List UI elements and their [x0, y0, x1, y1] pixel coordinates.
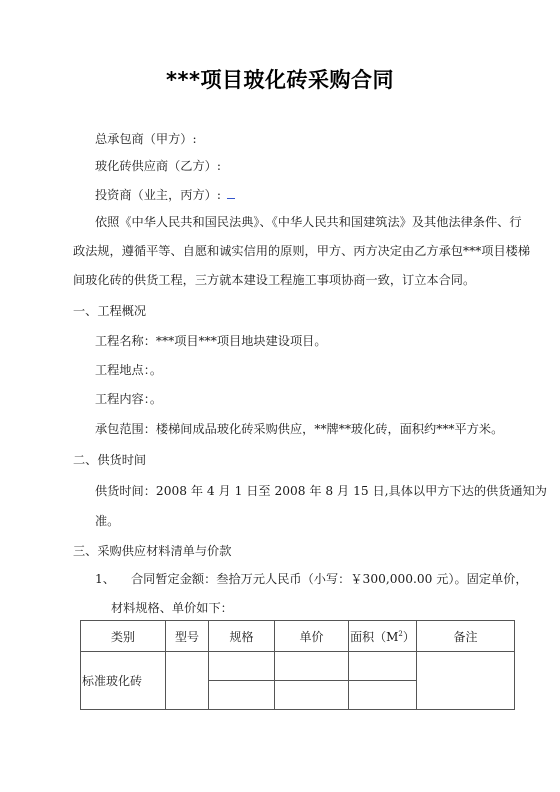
materials-table: 类别 型号 规格 单价 面积（M2） 备注 标准玻化砖	[80, 620, 515, 710]
header-area-label: 面积（M	[350, 630, 398, 644]
section-1-heading: 一、工程概况	[73, 303, 146, 319]
table-row: 标准玻化砖	[81, 652, 515, 681]
cell-area-2	[349, 681, 417, 710]
project-content: 工程内容：。	[95, 391, 162, 407]
cell-price-2	[275, 681, 349, 710]
section-3-heading: 三、采购供应材料清单与价款	[73, 543, 231, 559]
document-title: ***项目玻化砖采购合同	[0, 64, 560, 94]
party-c-row: 投资商（业主，丙方）:	[95, 187, 235, 203]
header-area-close: ）	[403, 630, 415, 644]
cell-category: 标准玻化砖	[81, 652, 166, 710]
header-note: 备注	[417, 621, 515, 652]
party-c-label: 投资商（业主，丙方）:	[95, 188, 221, 202]
cell-spec-2	[209, 681, 275, 710]
supply-time-line-2: 准。	[95, 513, 119, 529]
party-a-label: 总承包商（甲方）:	[95, 131, 197, 147]
item-1-number: 1、	[95, 571, 115, 587]
cell-price-1	[275, 652, 349, 681]
header-price: 单价	[275, 621, 349, 652]
item-1-text: 合同暂定金额：叁拾万元人民币（小写：￥300,000.00 元）。固定单价，	[131, 571, 528, 587]
intro-line-2: 政法规，遵循平等、自愿和诚实信用的原则，甲方、丙方决定由乙方承包***项目楼梯	[73, 243, 530, 259]
item-1-continued: 材料规格、单价如下：	[111, 600, 233, 616]
project-name: 工程名称：***项目***项目地块建设项目。	[95, 333, 327, 349]
project-location: 工程地点：。	[95, 362, 162, 378]
cell-spec-1	[209, 652, 275, 681]
cell-model	[166, 652, 209, 710]
document-page: ***项目玻化砖采购合同 总承包商（甲方）: 玻化砖供应商（乙方）: 投资商（业…	[0, 0, 560, 792]
party-b-label: 玻化砖供应商（乙方）:	[95, 158, 221, 174]
header-model: 型号	[166, 621, 209, 652]
header-category: 类别	[81, 621, 166, 652]
party-c-link[interactable]	[227, 187, 235, 199]
table-header-row: 类别 型号 规格 单价 面积（M2） 备注	[81, 621, 515, 652]
cell-note	[417, 652, 515, 710]
header-spec: 规格	[209, 621, 275, 652]
supply-time-line-1: 供货时间：2008 年 4 月 1 日至 2008 年 8 月 15 日,具体以…	[95, 483, 547, 499]
section-2-heading: 二、供货时间	[73, 452, 146, 468]
intro-line-1: 依照《中华人民共和国民法典》、《中华人民共和国建筑法》及其他法律条件、行	[95, 214, 522, 230]
intro-line-3: 间玻化砖的供货工程，三方就本建设工程施工事项协商一致，订立本合同。	[73, 272, 475, 288]
header-area: 面积（M2）	[349, 621, 417, 652]
project-scope: 承包范围：楼梯间成品玻化砖采购供应，**牌**玻化砖，面积约***平方米。	[95, 421, 503, 437]
cell-area-1	[349, 652, 417, 681]
